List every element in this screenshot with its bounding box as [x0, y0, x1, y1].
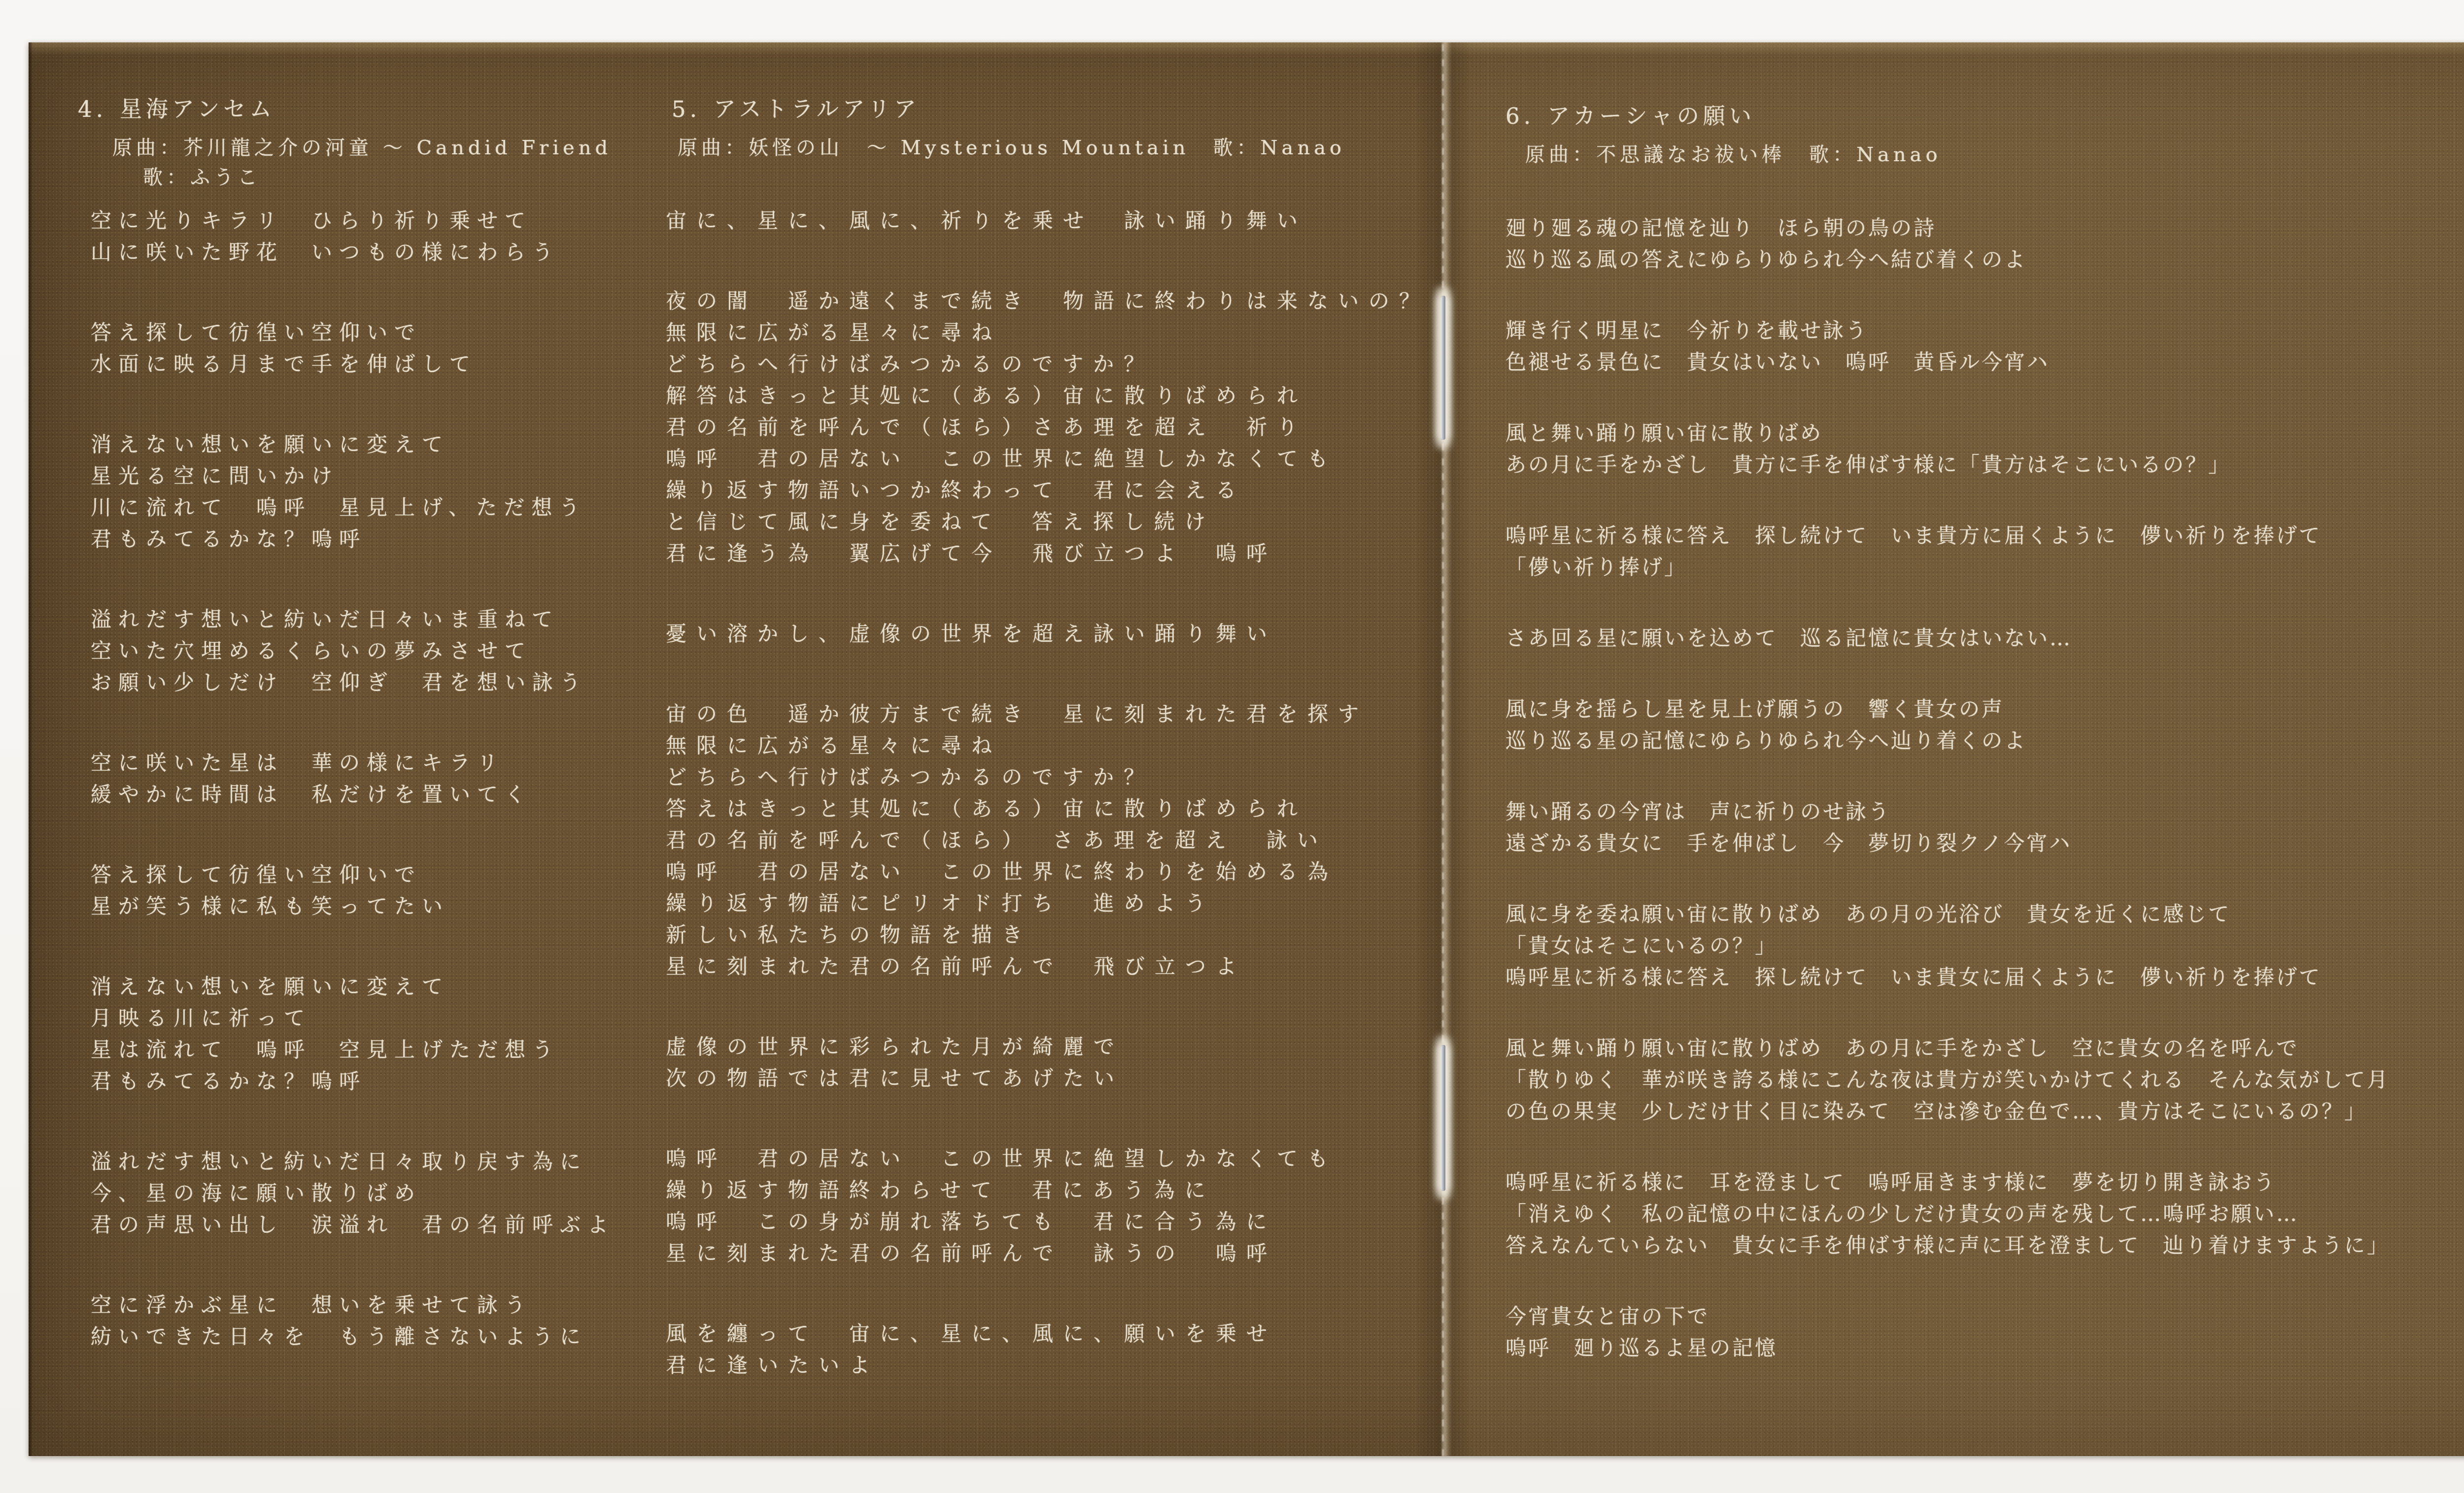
- stanza: 溢れだす想いと紡いだ日々いま重ねて空いた穴埋めるくらいの夢みさせてお願い少しだけ…: [91, 604, 690, 698]
- stanza: 輝き行く明星に 今祈りを載せ詠う色褪せる景色に 貴女はいない 嗚呼 黄昏ル今宵ハ: [1506, 315, 2431, 378]
- lyric-line: 答えなんていらない 貴女に手を伸ばす様に声に耳を澄まして 辿り着けますように」: [1506, 1230, 2431, 1261]
- lyric-line: 夜の闇 遥か遠くまで続き 物語に終わりは来ないの？: [666, 285, 1411, 317]
- lyric-line: 緩やかに時間は 私だけを置いてく: [91, 779, 690, 810]
- stanza: 消えない想いを願いに変えて星光る空に問いかけ川に流れて 嗚呼 星見上げ、ただ想う…: [91, 429, 690, 555]
- stanza: 空に光りキラリ ひらり祈り乗せて山に咲いた野花 いつもの様にわらう: [91, 205, 690, 268]
- lyric-line: 新しい私たちの物語を描き: [666, 919, 1411, 951]
- stanza: 嗚呼星に祈る様に 耳を澄まして 嗚呼届きます様に 夢を切り開き詠おう「消えゆく …: [1506, 1167, 2431, 1261]
- stanza: 風を纏って 宙に、星に、風に、願いを乗せ君に逢いたいよ: [666, 1318, 1411, 1381]
- lyric-line: 今、星の海に願い散りばめ: [91, 1178, 690, 1209]
- center-fold: [1414, 42, 1473, 1456]
- song-5-original-credit: 原曲：妖怪の山 〜 Mysterious Mountain 歌：Nanao: [678, 133, 1411, 163]
- lyric-line: 溢れだす想いと紡いだ日々取り戻す為に: [91, 1146, 690, 1178]
- stanza: 憂い溶かし、虚像の世界を超え詠い踊り舞い: [666, 618, 1411, 650]
- lyric-line: 風に身を委ね願い宙に散りばめ あの月の光浴び 貴女を近くに感じて: [1506, 899, 2431, 930]
- stanza: 嗚呼 君の居ない この世界に絶望しかなくても繰り返す物語終わらせて 君にあう為に…: [666, 1143, 1411, 1269]
- lyric-line: 次の物語では君に見せてあげたい: [666, 1063, 1411, 1094]
- lyric-line: 解答はきっと其処に（ある）宙に散りばめられ: [666, 380, 1411, 412]
- lyric-line: 宙の色 遥か彼方まで続き 星に刻まれた君を探す: [666, 698, 1411, 730]
- stanza: 風に身を委ね願い宙に散りばめ あの月の光浴び 貴女を近くに感じて「貴女はそこにい…: [1506, 899, 2431, 993]
- lyric-line: 無限に広がる星々に尋ね: [666, 317, 1411, 348]
- stanza: 答え探して彷徨い空仰いで星が笑う様に私も笑ってたい: [91, 859, 690, 922]
- lyric-line: 廻り廻る魂の記憶を辿り ほら朝の鳥の詩: [1506, 212, 2431, 244]
- lyric-line: 憂い溶かし、虚像の世界を超え詠い踊り舞い: [666, 618, 1411, 650]
- lyric-line: 輝き行く明星に 今祈りを載せ詠う: [1506, 315, 2431, 347]
- booklet-spread: 4.星海アンセム 原曲：芥川龍之介の河童 〜 Candid Friend 歌：ふ…: [29, 42, 2464, 1456]
- song-5-column: 5.アストラルアリア 原曲：妖怪の山 〜 Mysterious Mountain…: [662, 96, 1411, 1430]
- song-4-lyrics: 空に光りキラリ ひらり祈り乗せて山に咲いた野花 いつもの様にわらう答え探して彷徨…: [91, 205, 690, 1353]
- stanza: 嗚呼星に祈る様に答え 探し続けて いま貴方に届くように 儚い祈りを捧げて「儚い祈…: [1506, 520, 2431, 583]
- lyric-line: 風を纏って 宙に、星に、風に、願いを乗せ: [666, 1318, 1411, 1350]
- lyric-line: 無限に広がる星々に尋ね: [666, 730, 1411, 762]
- lyric-line: 星が笑う様に私も笑ってたい: [91, 891, 690, 922]
- stanza: 虚像の世界に彩られた月が綺麗で次の物語では君に見せてあげたい: [666, 1031, 1411, 1094]
- lyric-line: 君に逢いたいよ: [666, 1350, 1411, 1381]
- lyric-line: 「消えゆく 私の記憶の中にほんの少しだけ貴女の声を残して…嗚呼お願い…: [1506, 1198, 2431, 1230]
- lyric-line: 嗚呼 廻り巡るよ星の記憶: [1506, 1332, 2431, 1364]
- lyric-line: 君に逢う為 翼広げて今 飛び立つよ 嗚呼: [666, 538, 1411, 569]
- lyric-line: 君もみてるかな？嗚呼: [91, 1066, 690, 1097]
- stanza: 空に浮かぶ星に 想いを乗せて詠う紡いできた日々を もう離さないように: [91, 1289, 690, 1353]
- lyric-line: 川に流れて 嗚呼 星見上げ、ただ想う: [91, 492, 690, 523]
- lyric-line: 今宵貴女と宙の下で: [1506, 1301, 2431, 1332]
- lyric-line: 消えない想いを願いに変えて: [91, 429, 690, 460]
- lyric-line: 風と舞い踊り願い宙に散りばめ: [1506, 417, 2431, 449]
- lyric-line: 嗚呼 君の居ない この世界に絶望しかなくても: [666, 1143, 1411, 1175]
- lyric-line: 答えはきっと其処に（ある）宙に散りばめられ: [666, 793, 1411, 825]
- song-6-title-text: アカーシャの願い: [1547, 103, 1755, 129]
- lyric-line: 嗚呼星に祈る様に答え 探し続けて いま貴方に届くように 儚い祈りを捧げて: [1506, 520, 2431, 552]
- stanza: 溢れだす想いと紡いだ日々取り戻す為に今、星の海に願い散りばめ君の声思い出し 涙溢…: [91, 1146, 690, 1241]
- lyric-line: と信じて風に身を委ねて 答え探し続け: [666, 506, 1411, 538]
- lyric-line: 嗚呼 君の居ない この世界に終わりを始める為: [666, 856, 1411, 888]
- lyric-line: 風と舞い踊り願い宙に散りばめ あの月に手をかざし 空に貴女の名を呼んで: [1506, 1033, 2431, 1064]
- lyric-line: 嗚呼星に祈る様に 耳を澄まして 嗚呼届きます様に 夢を切り開き詠おう: [1506, 1167, 2431, 1198]
- lyric-line: 風に身を揺らし星を見上げ願うの 響く貴女の声: [1506, 694, 2431, 725]
- song-6-track-number: 6.: [1506, 103, 1535, 129]
- song-6-column: 6.アカーシャの願い 原曲：不思議なお祓い棒 歌：Nanao 廻り廻る魂の記憶を…: [1480, 103, 2431, 1403]
- song-4-original-credit: 原曲：芥川龍之介の河童 〜 Candid Friend: [112, 133, 690, 163]
- scanner-background: 4.星海アンセム 原曲：芥川龍之介の河童 〜 Candid Friend 歌：ふ…: [0, 0, 2464, 1493]
- staple-top: [1441, 296, 1445, 440]
- lyric-line: 君の声思い出し 涙溢れ 君の名前呼ぶよ: [91, 1209, 690, 1241]
- lyric-line: 繰り返す物語いつか終わって 君に会える: [666, 475, 1411, 506]
- lyric-line: さあ回る星に願いを込めて 巡る記憶に貴女はいない…: [1506, 623, 2431, 654]
- stanza: 今宵貴女と宙の下で嗚呼 廻り巡るよ星の記憶: [1506, 1301, 2431, 1364]
- lyric-line: 空に咲いた星は 華の様にキラリ: [91, 747, 690, 779]
- lyric-line: 巡り巡る風の答えにゆらりゆられ今へ結び着くのよ: [1506, 244, 2431, 276]
- song-4-column: 4.星海アンセム 原曲：芥川龍之介の河童 〜 Candid Friend 歌：ふ…: [74, 96, 690, 1401]
- center-fold-crease: [1442, 42, 1444, 1456]
- stanza: 消えない想いを願いに変えて月映る川に祈って星は流れて 嗚呼 空見上げただ想う君も…: [91, 971, 690, 1097]
- stanza: 風と舞い踊り願い宙に散りばめ あの月に手をかざし 空に貴女の名を呼んで「散りゆく…: [1506, 1033, 2431, 1127]
- lyric-line: 空に浮かぶ星に 想いを乗せて詠う: [91, 1289, 690, 1321]
- stanza: 風と舞い踊り願い宙に散りばめあの月に手をかざし 貴方に手を伸ばす様に「貴方はそこ…: [1506, 417, 2431, 481]
- lyric-line: 「儚い祈り捧げ」: [1506, 552, 2431, 583]
- song-4-title: 4.星海アンセム: [78, 96, 690, 123]
- song-5-track-number: 5.: [672, 96, 701, 122]
- lyric-line: 空に光りキラリ ひらり祈り乗せて: [91, 205, 690, 237]
- lyric-line: 「貴女はそこにいるの？」: [1506, 930, 2431, 962]
- song-4-vocal-credit: 歌：ふうこ: [143, 163, 690, 192]
- lyric-line: の色の果実 少しだけ甘く目に染みて 空は滲む金色で…、貴方はそこにいるの？」: [1506, 1096, 2431, 1127]
- lyric-line: 星に刻まれた君の名前呼んで 飛び立つよ: [666, 951, 1411, 982]
- lyric-line: 宙に、星に、風に、祈りを乗せ 詠い踊り舞い: [666, 205, 1411, 237]
- song-5-title: 5.アストラルアリア: [672, 96, 1411, 123]
- song-5-lyrics: 宙に、星に、風に、祈りを乗せ 詠い踊り舞い夜の闇 遥か遠くまで続き 物語に終わり…: [666, 205, 1411, 1381]
- lyric-line: どちらへ行けばみつかるのですか？: [666, 762, 1411, 793]
- lyric-line: お願い少しだけ 空仰ぎ 君を想い詠う: [91, 667, 690, 698]
- stanza: 夜の闇 遥か遠くまで続き 物語に終わりは来ないの？無限に広がる星々に尋ねどちらへ…: [666, 285, 1411, 569]
- lyric-line: 舞い踊るの今宵は 声に祈りのせ詠う: [1506, 796, 2431, 828]
- song-6-title: 6.アカーシャの願い: [1506, 103, 2431, 130]
- lyric-line: 答え探して彷徨い空仰いで: [91, 859, 690, 891]
- lyric-line: 月映る川に祈って: [91, 1003, 690, 1034]
- lyric-line: 嗚呼星に祈る様に答え 探し続けて いま貴女に届くように 儚い祈りを捧げて: [1506, 962, 2431, 993]
- lyric-line: 星に刻まれた君の名前呼んで 詠うの 嗚呼: [666, 1238, 1411, 1269]
- lyric-line: 嗚呼 この身が崩れ落ちても 君に合う為に: [666, 1206, 1411, 1238]
- lyric-line: 君の名前を呼んで（ほら）さあ理を超え 祈り: [666, 412, 1411, 443]
- lyric-line: 巡り巡る星の記憶にゆらりゆられ今へ辿り着くのよ: [1506, 725, 2431, 757]
- lyric-line: 山に咲いた野花 いつもの様にわらう: [91, 237, 690, 268]
- stanza: 風に身を揺らし星を見上げ願うの 響く貴女の声巡り巡る星の記憶にゆらりゆられ今へ辿…: [1506, 694, 2431, 757]
- lyric-line: 君の名前を呼んで（ほら） さあ理を超え 詠い: [666, 825, 1411, 856]
- lyric-line: 君もみてるかな？嗚呼: [91, 523, 690, 555]
- lyric-line: 繰り返す物語にピリオド打ち 進めよう: [666, 888, 1411, 919]
- lyric-line: あの月に手をかざし 貴方に手を伸ばす様に「貴方はそこにいるの？」: [1506, 449, 2431, 481]
- lyric-line: 遠ざかる貴女に 手を伸ばし 今 夢切り裂クノ今宵ハ: [1506, 828, 2431, 859]
- stanza: 答え探して彷徨い空仰いで水面に映る月まで手を伸ばして: [91, 317, 690, 380]
- stanza: 空に咲いた星は 華の様にキラリ緩やかに時間は 私だけを置いてく: [91, 747, 690, 810]
- lyric-line: 消えない想いを願いに変えて: [91, 971, 690, 1003]
- lyric-line: 「散りゆく 華が咲き誇る様にこんな夜は貴方が笑いかけてくれる そんな気がして月: [1506, 1064, 2431, 1096]
- lyric-line: 色褪せる景色に 貴女はいない 嗚呼 黄昏ル今宵ハ: [1506, 347, 2431, 378]
- lyric-line: 虚像の世界に彩られた月が綺麗で: [666, 1031, 1411, 1063]
- lyric-line: 水面に映る月まで手を伸ばして: [91, 348, 690, 380]
- lyric-line: どちらへ行けばみつかるのですか？: [666, 348, 1411, 380]
- song-4-track-number: 4.: [78, 96, 107, 122]
- lyric-line: 繰り返す物語終わらせて 君にあう為に: [666, 1175, 1411, 1206]
- song-5-title-text: アストラルアリア: [714, 96, 920, 122]
- song-6-original-credit: 原曲：不思議なお祓い棒 歌：Nanao: [1525, 140, 2431, 170]
- stanza: 舞い踊るの今宵は 声に祈りのせ詠う遠ざかる貴女に 手を伸ばし 今 夢切り裂クノ今…: [1506, 796, 2431, 859]
- lyric-line: 星は流れて 嗚呼 空見上げただ想う: [91, 1034, 690, 1066]
- lyric-line: 答え探して彷徨い空仰いで: [91, 317, 690, 348]
- lyric-line: 星光る空に問いかけ: [91, 460, 690, 492]
- staple-bottom: [1441, 1045, 1445, 1191]
- stanza: 宙に、星に、風に、祈りを乗せ 詠い踊り舞い: [666, 205, 1411, 237]
- lyric-line: 空いた穴埋めるくらいの夢みさせて: [91, 635, 690, 667]
- stanza: さあ回る星に願いを込めて 巡る記憶に貴女はいない…: [1506, 623, 2431, 654]
- lyric-line: 嗚呼 君の居ない この世界に絶望しかなくても: [666, 443, 1411, 475]
- stanza: 宙の色 遥か彼方まで続き 星に刻まれた君を探す無限に広がる星々に尋ねどちらへ行け…: [666, 698, 1411, 982]
- lyric-line: 紡いできた日々を もう離さないように: [91, 1321, 690, 1353]
- lyric-line: 溢れだす想いと紡いだ日々いま重ねて: [91, 604, 690, 635]
- stanza: 廻り廻る魂の記憶を辿り ほら朝の鳥の詩巡り巡る風の答えにゆらりゆられ今へ結び着く…: [1506, 212, 2431, 276]
- song-6-lyrics: 廻り廻る魂の記憶を辿り ほら朝の鳥の詩巡り巡る風の答えにゆらりゆられ今へ結び着く…: [1506, 212, 2431, 1364]
- song-4-title-text: 星海アンセム: [120, 96, 275, 122]
